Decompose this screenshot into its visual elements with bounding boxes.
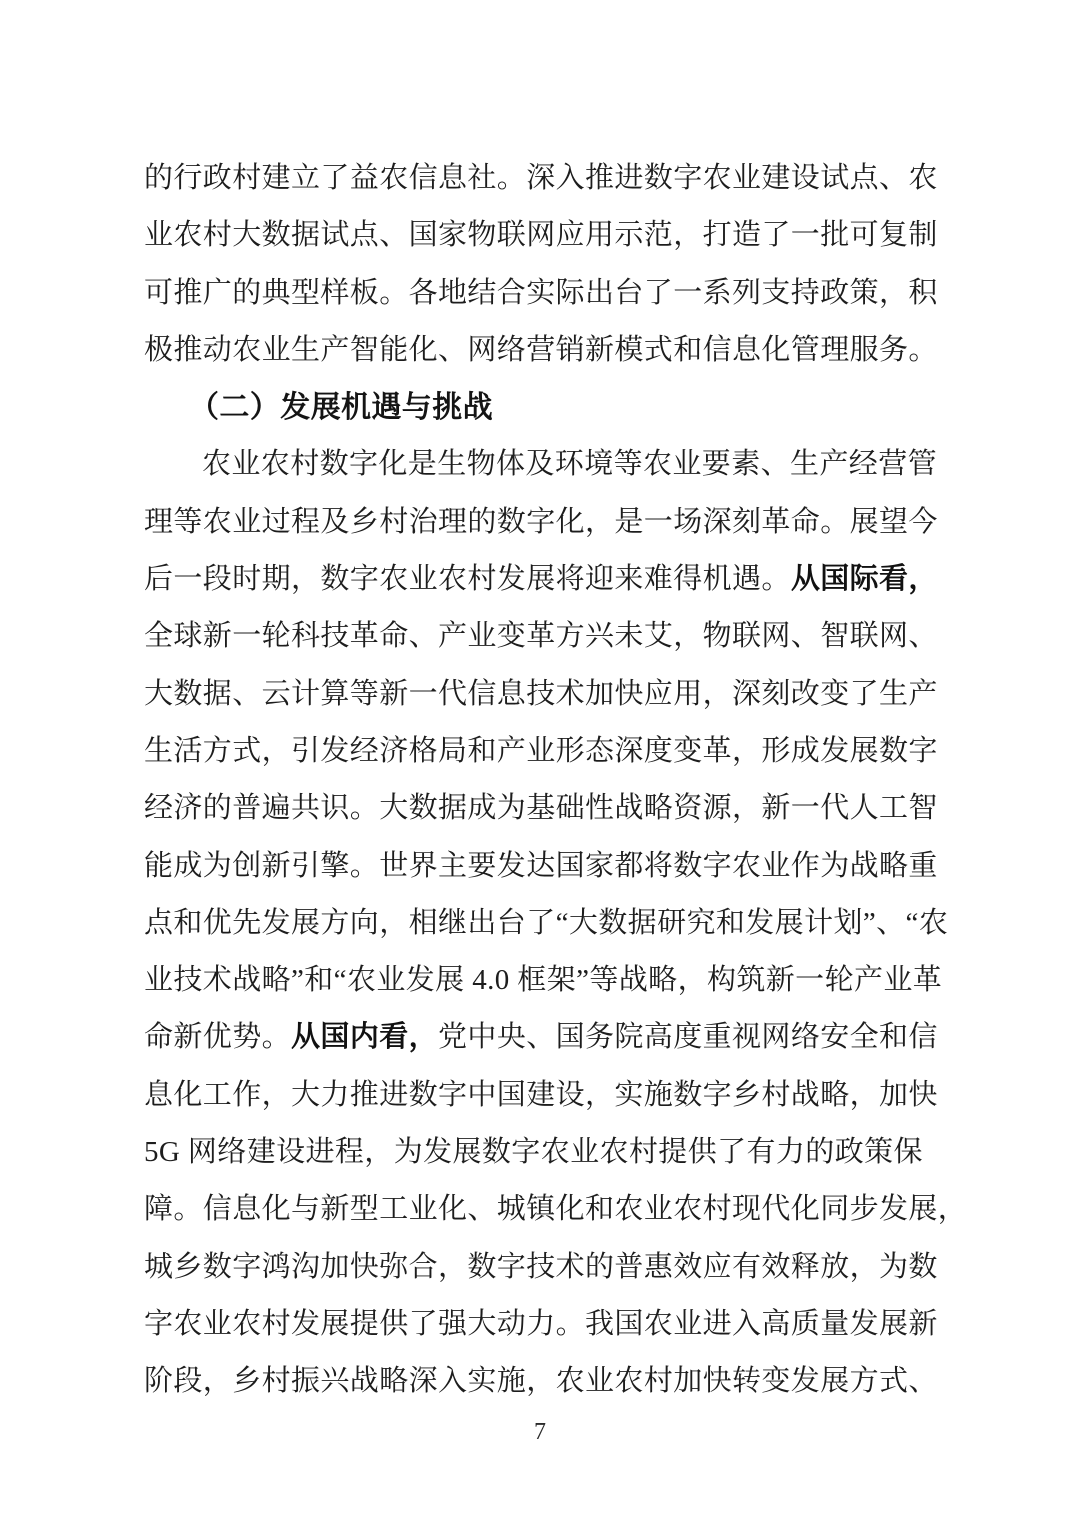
page-number: 7 [0,1415,1080,1449]
text-line: 障。信息化与新型工业化、城镇化和农业农村现代化同步发展， [144,1181,938,1238]
text-line: 的行政村建立了益农信息社。深入推进数字农业建设试点、农 [144,150,938,207]
text-segment: 理等农业过程及乡村治理的数字化，是一场深刻革命。展望今 [144,506,938,538]
bold-text-segment: 从国际看， [791,563,938,595]
text-segment: 农业农村数字化是生物体及环境等农业要素、生产经营管 [202,448,937,480]
text-line: 全球新一轮科技革命、产业变革方兴未艾，物联网、智联网、 [144,608,938,665]
text-segment: 后一段时期，数字农业农村发展将迎来难得机遇。 [144,563,791,595]
text-segment: 障。信息化与新型工业化、城镇化和农业农村现代化同步发展， [144,1193,967,1225]
text-line: 能成为创新引擎。世界主要发达国家都将数字农业作为战略重 [144,838,938,895]
text-line: 息化工作，大力推进数字中国建设，实施数字乡村战略，加快 [144,1067,938,1124]
text-line: 命新优势。从国内看，党中央、国务院高度重视网络安全和信 [144,1009,938,1066]
text-line: 大数据、云计算等新一代信息技术加快应用，深刻改变了生产 [144,666,938,723]
text-segment: 极推动农业生产智能化、网络营销新模式和信息化管理服务。 [144,334,938,366]
text-line: 经济的普遍共识。大数据成为基础性战略资源，新一代人工智 [144,780,938,837]
text-segment: 业技术战略”和“农业发展 4.0 框架”等战略，构筑新一轮产业革 [144,964,942,996]
text-segment: 生活方式，引发经济格局和产业形态深度变革，形成发展数字 [144,735,938,767]
text-line: 阶段，乡村振兴战略深入实施，农业农村加快转变发展方式、 [144,1353,938,1410]
text-segment: 业农村大数据试点、国家物联网应用示范，打造了一批可复制 [144,219,938,251]
text-line: 极推动农业生产智能化、网络营销新模式和信息化管理服务。 [144,322,938,379]
text-segment: 全球新一轮科技革命、产业变革方兴未艾，物联网、智联网、 [144,620,938,652]
text-segment: 命新优势。 [144,1021,291,1053]
text-line: 城乡数字鸿沟加快弥合，数字技术的普惠效应有效释放，为数 [144,1239,938,1296]
text-line: 5G 网络建设进程，为发展数字农业农村提供了有力的政策保 [144,1124,938,1181]
text-segment: 字农业农村发展提供了强大动力。我国农业进入高质量发展新 [144,1308,938,1340]
text-line: 业农村大数据试点、国家物联网应用示范，打造了一批可复制 [144,207,938,264]
text-segment: 大数据、云计算等新一代信息技术加快应用，深刻改变了生产 [144,678,938,710]
text-segment: 息化工作，大力推进数字中国建设，实施数字乡村战略，加快 [144,1079,938,1111]
bold-text-segment: 从国内看， [291,1021,438,1053]
bold-text-segment: （二）发展机遇与挑战 [189,391,493,424]
text-line: 业技术战略”和“农业发展 4.0 框架”等战略，构筑新一轮产业革 [144,952,938,1009]
section-heading: （二）发展机遇与挑战 [144,379,938,436]
text-content: 的行政村建立了益农信息社。深入推进数字农业建设试点、农业农村大数据试点、国家物联… [144,150,938,1411]
document-page: 的行政村建立了益农信息社。深入推进数字农业建设试点、农业农村大数据试点、国家物联… [0,0,1080,1527]
text-segment: 的行政村建立了益农信息社。深入推进数字农业建设试点、农 [144,162,938,194]
text-segment: 点和优先发展方向，相继出台了“大数据研究和发展计划”、“农 [144,907,948,939]
text-segment: 经济的普遍共识。大数据成为基础性战略资源，新一代人工智 [144,792,938,824]
text-segment: 可推广的典型样板。各地结合实际出台了一系列支持政策，积 [144,277,938,309]
text-segment: 5G 网络建设进程，为发展数字农业农村提供了有力的政策保 [144,1136,923,1168]
text-line: 可推广的典型样板。各地结合实际出台了一系列支持政策，积 [144,265,938,322]
text-segment: 能成为创新引擎。世界主要发达国家都将数字农业作为战略重 [144,850,938,882]
text-segment: 党中央、国务院高度重视网络安全和信 [438,1021,938,1053]
text-line: 农业农村数字化是生物体及环境等农业要素、生产经营管 [144,436,938,493]
text-segment: 阶段，乡村振兴战略深入实施，农业农村加快转变发展方式、 [144,1365,938,1397]
text-line: 生活方式，引发经济格局和产业形态深度变革，形成发展数字 [144,723,938,780]
text-line: 点和优先发展方向，相继出台了“大数据研究和发展计划”、“农 [144,895,938,952]
text-line: 理等农业过程及乡村治理的数字化，是一场深刻革命。展望今 [144,494,938,551]
text-line: 后一段时期，数字农业农村发展将迎来难得机遇。从国际看， [144,551,938,608]
text-segment: 城乡数字鸿沟加快弥合，数字技术的普惠效应有效释放，为数 [144,1251,938,1283]
text-line: 字农业农村发展提供了强大动力。我国农业进入高质量发展新 [144,1296,938,1353]
